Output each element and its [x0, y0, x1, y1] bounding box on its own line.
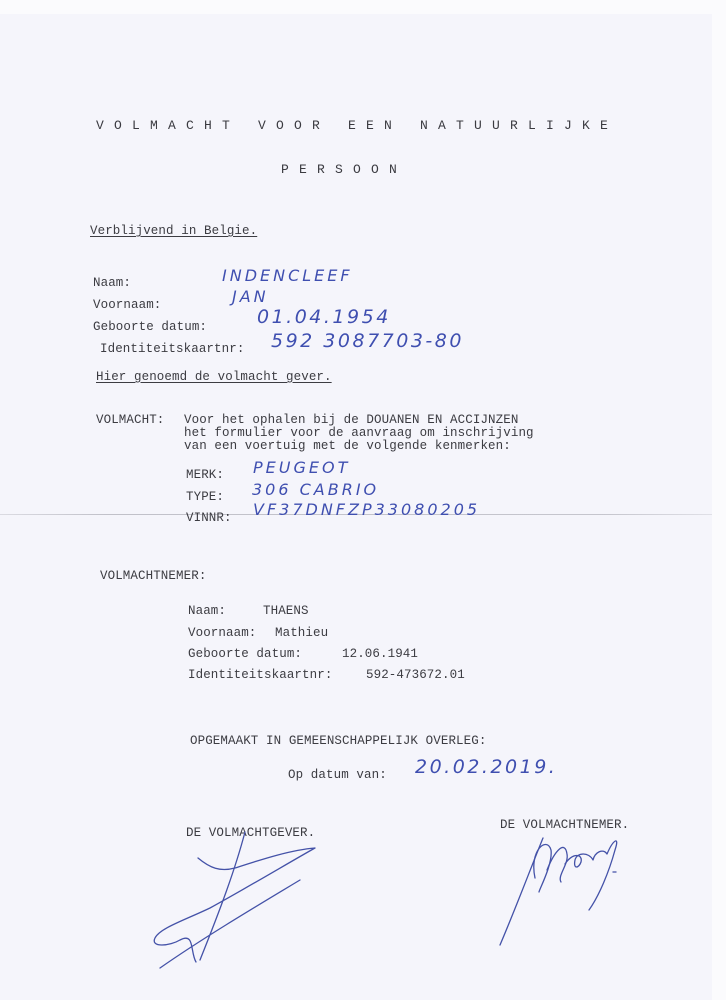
agent-firstname-label: Voornaam:: [188, 626, 256, 640]
vehicle-type-value: 306 CABRIO: [252, 480, 379, 499]
grantor-idcard-value: 592 3087703-80: [271, 330, 464, 352]
document-title-line2: PERSOON: [281, 162, 407, 177]
mandate-line2: het formulier voor de aanvraag om inschr…: [184, 426, 534, 440]
grantor-birthdate-value: 01.04.1954: [257, 306, 391, 328]
agreement-text: OPGEMAAKT IN GEMEENSCHAPPELIJK OVERLEG:: [190, 734, 486, 748]
agent-section-label: VOLMACHTNEMER:: [100, 569, 206, 583]
grantor-idcard-label: Identiteitskaartnr:: [100, 342, 244, 356]
grantor-firstname-value: JAN: [232, 287, 269, 306]
vehicle-vin-value: VF37DNFZP33080205: [253, 500, 480, 519]
residence-heading: Verblijvend in Belgie.: [90, 224, 257, 238]
mandate-line3: van een voertuig met de volgende kenmerk…: [184, 439, 511, 453]
grantor-birthdate-label: Geboorte datum:: [93, 320, 207, 334]
document-title-line1: VOLMACHT VOOR EEN NATUURLIJKE: [96, 118, 618, 133]
agent-idcard-label: Identiteitskaartnr:: [188, 668, 332, 682]
agent-idcard-value: 592-473672.01: [366, 668, 465, 682]
mandate-label: VOLMACHT:: [96, 413, 164, 427]
mandate-line1: Voor het ophalen bij de DOUANEN EN ACCIJ…: [184, 413, 518, 427]
vehicle-type-label: TYPE:: [186, 490, 224, 504]
agent-firstname-value: Mathieu: [275, 626, 328, 640]
vehicle-brand-label: MERK:: [186, 468, 224, 482]
date-value: 20.02.2019.: [415, 756, 557, 778]
grantor-name-label: Naam:: [93, 276, 131, 290]
agent-name-value: THAENS: [263, 604, 309, 618]
grantor-note: Hier genoemd de volmacht gever.: [96, 370, 332, 384]
agent-birthdate-label: Geboorte datum:: [188, 647, 302, 661]
grantor-firstname-label: Voornaam:: [93, 298, 161, 312]
grantor-signature: [140, 820, 340, 970]
grantor-name-value: INDENCLEEF: [222, 266, 353, 285]
agent-birthdate-value: 12.06.1941: [342, 647, 418, 661]
agent-name-label: Naam:: [188, 604, 226, 618]
date-label: Op datum van:: [288, 768, 387, 782]
vehicle-vin-label: VINNR:: [186, 511, 232, 525]
vehicle-brand-value: PEUGEOT: [253, 458, 350, 477]
agent-signature: [495, 830, 645, 960]
